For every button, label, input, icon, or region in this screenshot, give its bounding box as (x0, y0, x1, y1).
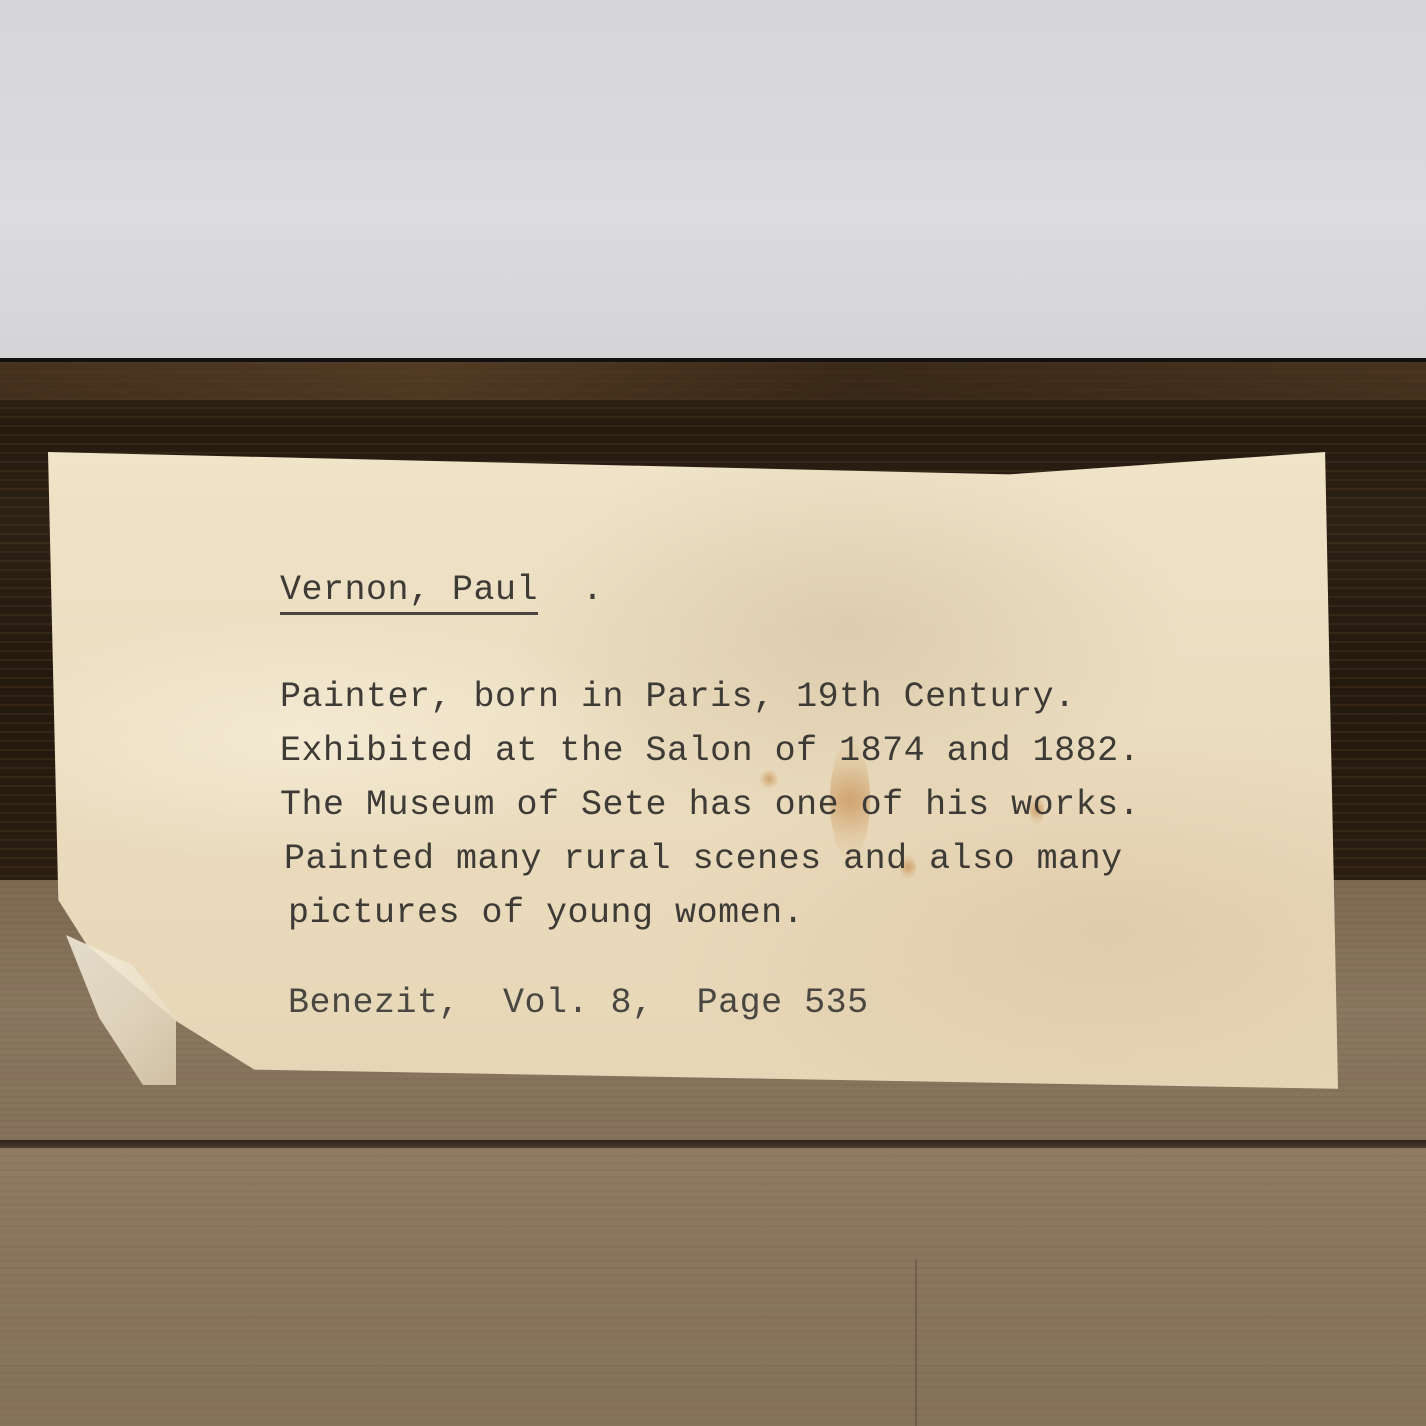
backing-crack (0, 1140, 1426, 1148)
label-line: The Museum of Sete has one of his works. (280, 778, 1140, 832)
label-line: Painted many rural scenes and also many (284, 832, 1123, 886)
label-line: Painter, born in Paris, 19th Century. (280, 670, 1076, 724)
wood-grain-highlight (0, 362, 1426, 400)
gallery-wall (0, 0, 1426, 360)
paper-seam (915, 1260, 917, 1426)
artist-name-heading: Vernon, Paul (280, 570, 538, 615)
label-line: Exhibited at the Salon of 1874 and 1882. (280, 724, 1140, 778)
label-line: pictures of young women. (288, 886, 804, 940)
reference-citation: Benezit, Vol. 8, Page 535 (288, 983, 869, 1023)
heading-period: . (582, 570, 604, 610)
lower-paper-backing (0, 1148, 1426, 1426)
